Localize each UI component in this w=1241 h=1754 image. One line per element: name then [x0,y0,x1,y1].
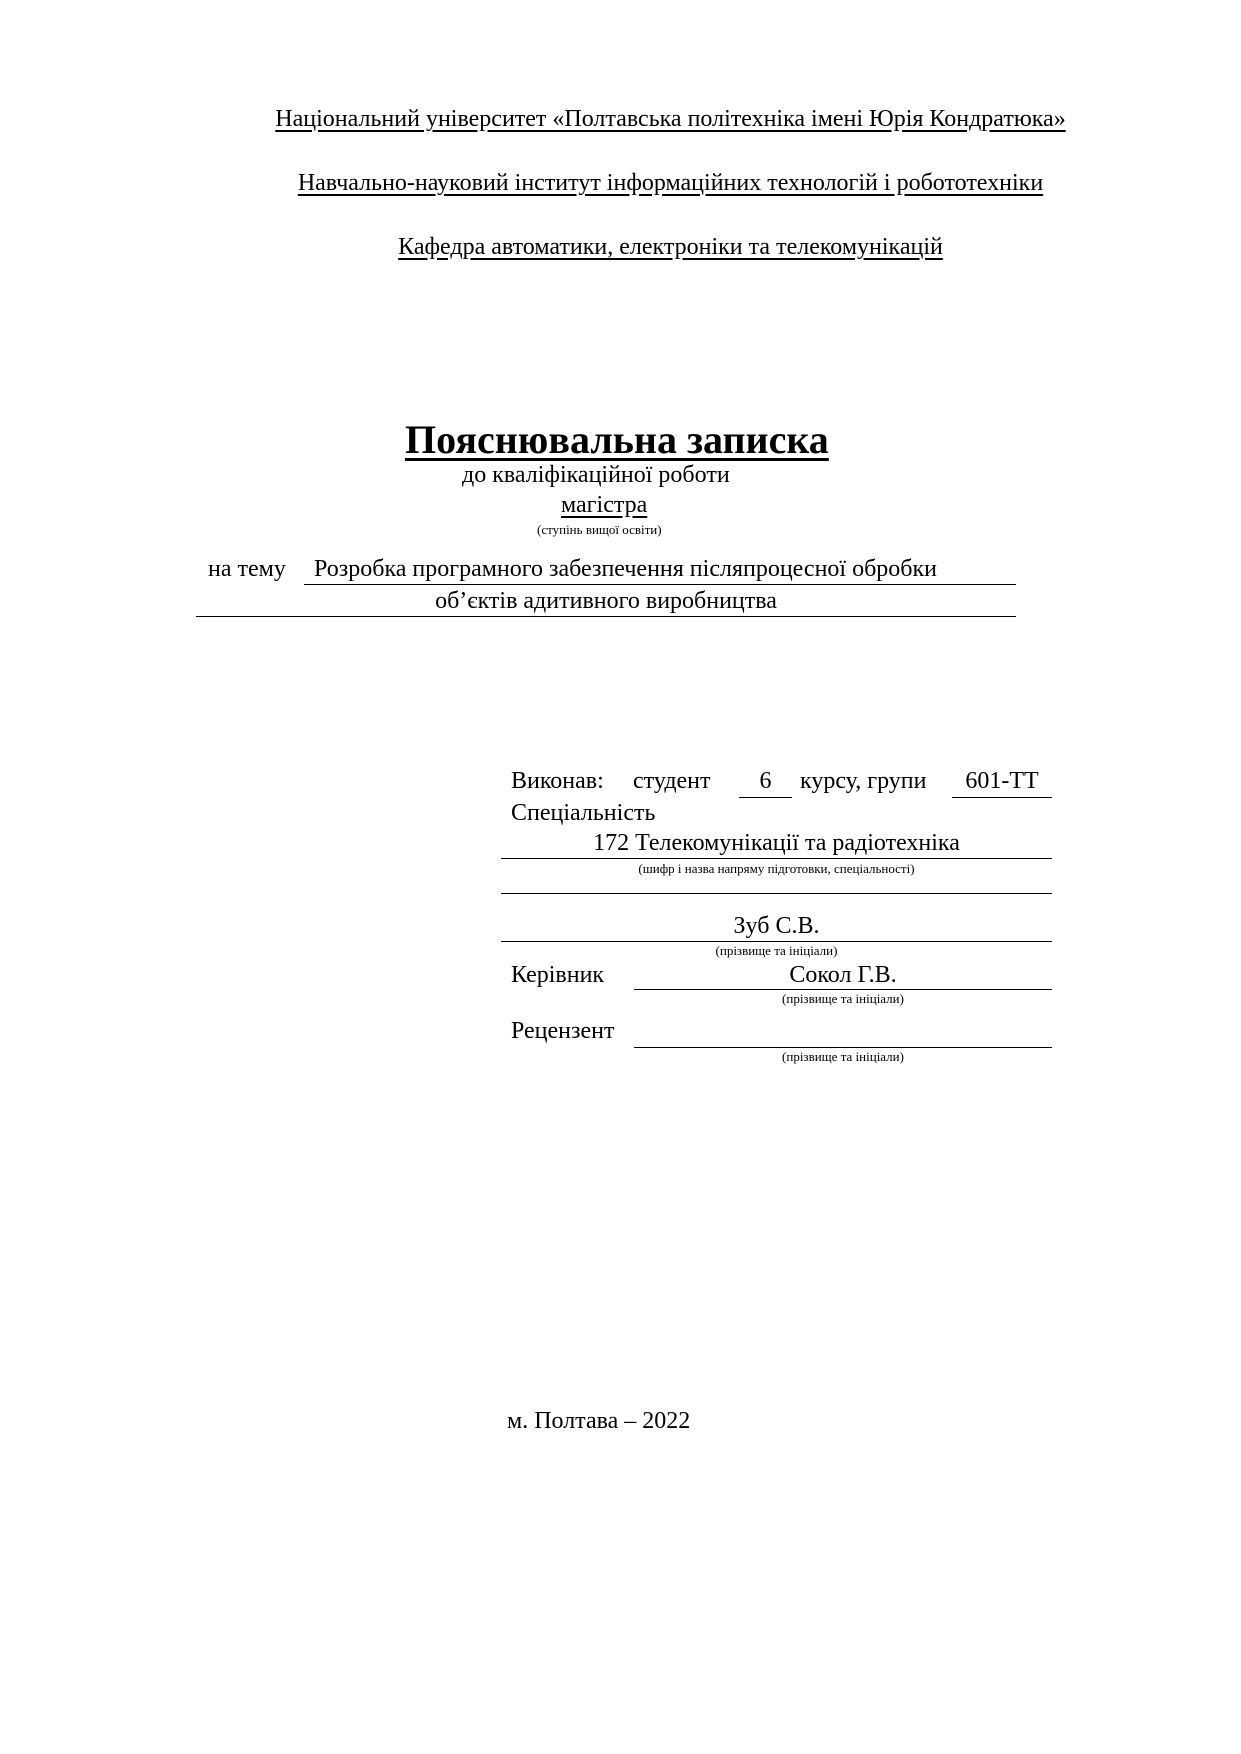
course-value: 6 [739,768,792,795]
done-by-label: Виконав: [511,768,604,795]
topic-label: на тему [208,556,286,583]
department-name: Кафедра автоматики, електроніки та телек… [50,234,1241,261]
institute-name: Навчально-науковий інститут інформаційни… [50,170,1241,197]
degree-caption: (ступінь вищої освіти) [537,522,662,538]
university-name: Національний університет «Полтавська пол… [50,106,1241,133]
course-underline [739,797,792,798]
reviewer-label: Рецензент [511,1018,615,1045]
degree: магістра [561,492,647,519]
specialty-caption: (шифр і назва напряму підготовки, спеціа… [501,861,1052,877]
group-underline [952,797,1052,798]
student-name-caption: (прізвище та ініціали) [501,943,1052,959]
reviewer-caption: (прізвище та ініціали) [634,1049,1052,1065]
supervisor-label: Керівник [511,962,604,989]
topic-underline-2 [196,616,1016,617]
course-label: курсу, групи [800,768,926,795]
specialty-underline-2 [501,893,1052,894]
city-year: м. Полтава – 2022 [507,1408,690,1435]
supervisor-name: Сокол Г.В. [634,962,1052,989]
specialty-label: Спеціальність [511,800,655,827]
topic-underline-1 [304,584,1016,585]
specialty-underline [501,858,1052,859]
document-subtitle: до кваліфікаційної роботи [462,462,730,489]
topic-line-1: Розробка програмного забезпечення післяп… [314,556,937,583]
student-name-underline [501,941,1052,942]
supervisor-caption: (прізвище та ініціали) [634,991,1052,1007]
specialty-value: 172 Телекомунікації та радіотехніка [501,830,1052,857]
reviewer-underline [634,1047,1052,1048]
topic-line-2: об’єктів адитивного виробництва [196,588,1016,615]
student-name: Зуб С.В. [501,913,1052,940]
document-title: Пояснювальна записка [405,416,829,463]
group-value: 601-ТТ [952,768,1052,795]
student-label: студент [633,768,711,795]
supervisor-underline [634,989,1052,990]
